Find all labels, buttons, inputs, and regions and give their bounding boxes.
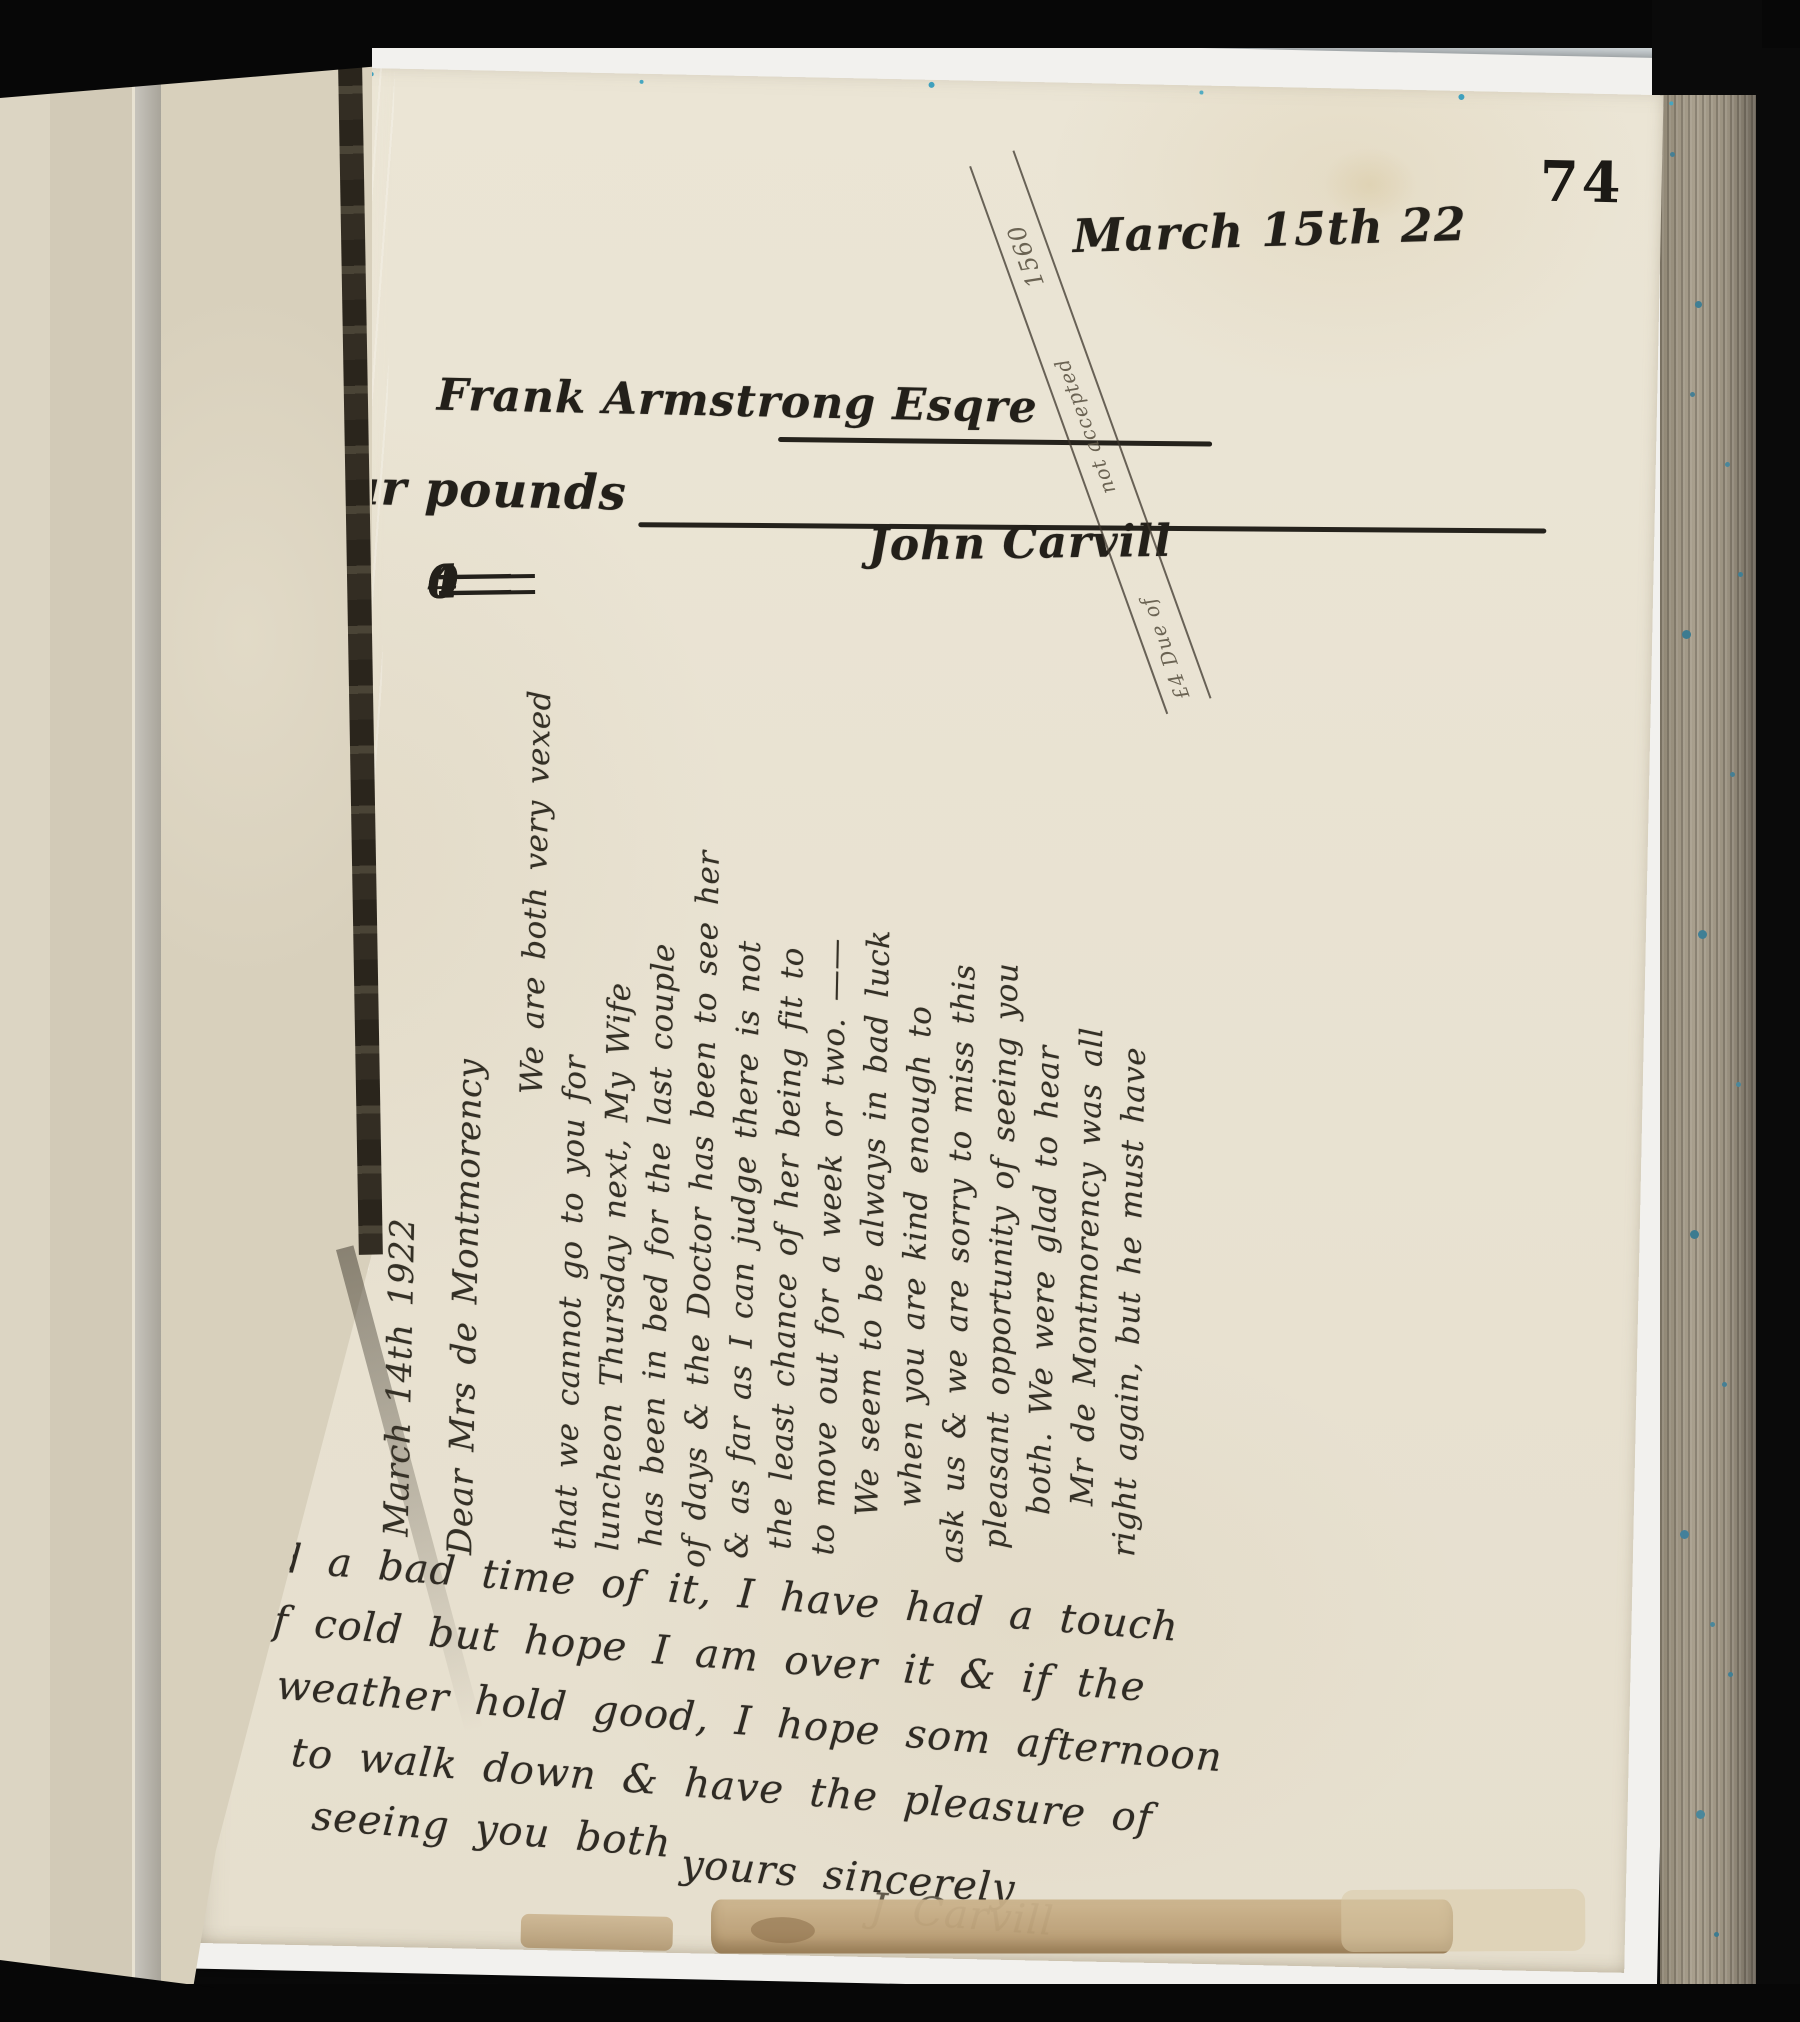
photo-border-corner — [1652, 0, 1762, 95]
bottom-line: seeing you both — [310, 1793, 673, 1867]
silver-edge-strip — [135, 58, 161, 1986]
ledger-date: March 15th 22 — [1072, 197, 1468, 263]
cancellation-note-upper: not accepted — [1028, 297, 1120, 498]
filler-line — [778, 437, 1212, 447]
photo-border-bottom — [0, 1984, 1800, 2022]
ledger-payee: Frank Armstrong Esqre — [436, 370, 1038, 434]
page-fore-edge — [1660, 92, 1756, 1988]
book-photo: 74 March 15th 22 Frank Armstrong Esqre =… — [0, 0, 1800, 2022]
photo-border-top — [0, 0, 1800, 48]
tape-repair — [1341, 1889, 1585, 1952]
fore-edge-striations — [1660, 92, 1756, 1988]
cancellation-number: 1560 — [983, 169, 1050, 291]
page-edge-strip — [0, 58, 50, 1986]
figure-pence: 0 — [426, 554, 460, 609]
blue-speckles — [1670, 152, 1675, 157]
cancellation-note-lower: £4 Due of — [1102, 502, 1194, 703]
page-number: 74 — [1539, 149, 1624, 217]
letter-page: 74 March 15th 22 Frank Armstrong Esqre =… — [190, 65, 1663, 1973]
tape-repair — [520, 1914, 673, 1951]
page-edge-strip — [50, 58, 135, 1986]
